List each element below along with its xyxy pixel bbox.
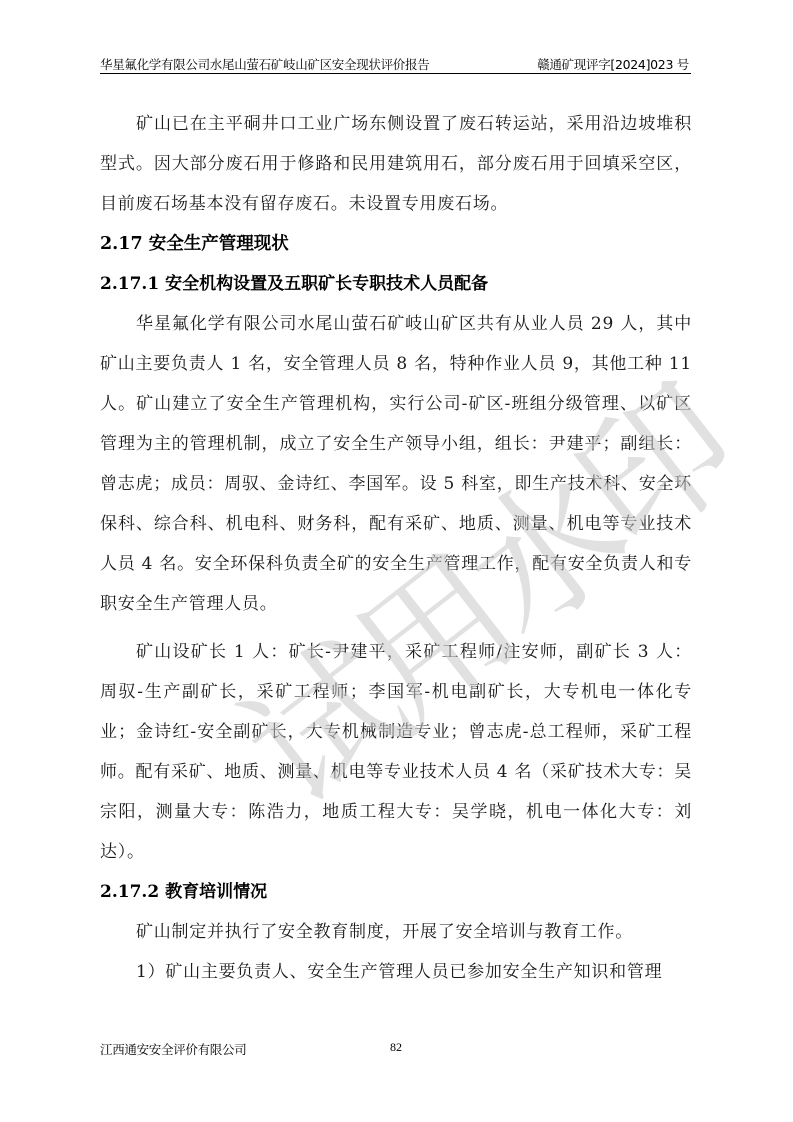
paragraph: 矿山制定并执行了安全教育制度，开展了安全培训与教育工作。 <box>100 912 692 952</box>
page-header: 华星氟化学有限公司水尾山萤石矿岐山矿区安全现状评价报告 赣通矿现评字[2024]… <box>100 55 691 74</box>
page-number: 82 <box>390 1040 402 1055</box>
paragraph: 华星氟化学有限公司水尾山萤石矿岐山矿区共有从业人员 29 人，其中矿山主要负责人… <box>100 304 692 624</box>
page-content: 矿山已在主平硐井口工业广场东侧设置了废石转运站，采用沿边坡堆积型式。因大部分废石… <box>100 104 692 992</box>
footer-company: 江西通安安全评价有限公司 <box>100 1040 246 1058</box>
report-number: 赣通矿现评字[2024]023 号 <box>537 55 689 73</box>
section-heading-2-17: 2.17 安全生产管理现状 <box>100 224 692 264</box>
paragraph: 矿山已在主平硐井口工业广场东侧设置了废石转运站，采用沿边坡堆积型式。因大部分废石… <box>100 104 692 224</box>
section-heading-2-17-1: 2.17.1 安全机构设置及五职矿长专职技术人员配备 <box>100 264 692 304</box>
paragraph: 1）矿山主要负责人、安全生产管理人员已参加安全生产知识和管理 <box>100 952 692 992</box>
report-title: 华星氟化学有限公司水尾山萤石矿岐山矿区安全现状评价报告 <box>100 55 429 73</box>
section-heading-2-17-2: 2.17.2 教育培训情况 <box>100 872 692 912</box>
page-footer: 江西通安安全评价有限公司 82 <box>100 1040 691 1060</box>
paragraph: 矿山设矿长 1 人：矿长-尹建平，采矿工程师/注安师，副矿长 3 人：周驭-生产… <box>100 632 692 872</box>
